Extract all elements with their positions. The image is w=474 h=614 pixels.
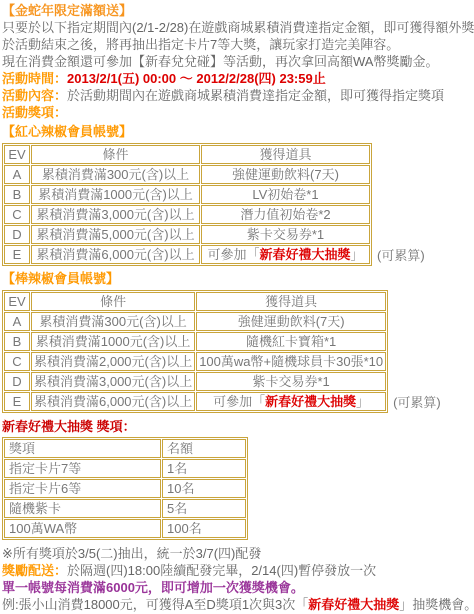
cell-quota: 10名: [162, 479, 246, 498]
cell-condition: 累積消費滿1000元(含)以上: [31, 332, 195, 351]
table-row: 指定卡片7等 1名: [4, 459, 246, 478]
header-reward: 獲得道具: [201, 145, 370, 164]
cell-ev: B: [4, 185, 30, 204]
red-chili-section-title: 【紅心辣椒會員帳號】: [2, 123, 474, 140]
bonus-note: 單一帳號每消費滿6000元，即可增加一次獲獎機會。: [2, 579, 474, 596]
table-row: C 累積消費滿2,000元(含)以上 100萬wa幣+隨機球員卡30張*10: [4, 352, 386, 371]
cell-reward-lottery: 可參加「新春好禮大抽獎」: [201, 245, 370, 264]
reward-suffix: 」: [351, 247, 364, 262]
event-prizes-label: 活動獎項：: [2, 104, 474, 121]
cell-condition: 累積消費滿3,000元(含)以上: [31, 372, 195, 391]
cell-condition: 累積消費滿2,000元(含)以上: [31, 352, 195, 371]
table-row: E 累積消費滿6,000元(含)以上 可參加「新春好禮大抽獎」: [4, 392, 386, 411]
cell-reward: LV初始卷*1: [201, 185, 370, 204]
cell-reward: 100萬wa幣+隨機球員卡30張*10: [196, 352, 386, 371]
event-content-label: 活動內容：: [2, 88, 67, 103]
table-row: 指定卡片6等 10名: [4, 479, 246, 498]
cell-reward: 潛力值初始卷*2: [201, 205, 370, 224]
reward-prefix: 可參加「: [207, 247, 259, 262]
cell-reward: 紫卡交易券*1: [201, 225, 370, 244]
cell-reward-lottery: 可參加「新春好禮大抽獎」: [196, 392, 386, 411]
cell-reward: 隨機紅卡寶箱*1: [196, 332, 386, 351]
header-condition: 條件: [31, 292, 195, 311]
cell-condition: 累積消費滿6,000元(含)以上: [31, 392, 195, 411]
cell-reward: 強健運動飲料(7天): [201, 165, 370, 184]
header-reward: 獲得道具: [196, 292, 386, 311]
cell-quota: 5名: [162, 499, 246, 518]
intro-line-1: 只要於以下指定期間內(2/1-2/28)在遊戲商城累積消費達指定金額，即可獲得額…: [2, 19, 474, 36]
table-row: 隨機紫卡 5名: [4, 499, 246, 518]
example-prefix: 例:張小山消費18000元，可獲得A至D獎項1次與3次「: [2, 597, 308, 612]
table-header-row: 獎項 名額: [4, 439, 246, 458]
cell-ev: E: [4, 245, 30, 264]
cell-condition: 累積消費滿300元(含)以上: [31, 165, 200, 184]
stick-chili-table-wrap: EV 條件 獲得道具 A 累積消費滿300元(含)以上 強健運動飲料(7天) B…: [2, 287, 474, 415]
table-row: D 累積消費滿3,000元(含)以上 紫卡交易券*1: [4, 372, 386, 391]
cell-condition: 累積消費滿6,000元(含)以上: [31, 245, 200, 264]
table-row: E 累積消費滿6,000元(含)以上 可參加「新春好禮大抽獎」: [4, 245, 370, 264]
cell-condition: 累積消費滿3,000元(含)以上: [31, 205, 200, 224]
header-ev: EV: [4, 292, 30, 311]
cell-quota: 100名: [162, 519, 246, 538]
reward-highlight: 新春好禮大抽獎: [265, 394, 356, 409]
event-time-value: 2013/2/1(五) 00:00 ～ 2012/2/28(四) 23:59止: [67, 71, 326, 86]
cell-prize: 100萬WA幣: [4, 519, 161, 538]
red-chili-table: EV 條件 獲得道具 A 累積消費滿300元(含)以上 強健運動飲料(7天) B…: [2, 143, 372, 266]
table-row: B 累積消費滿1000元(含)以上 LV初始卷*1: [4, 185, 370, 204]
draw-note: ※所有獎項於3/5(二)抽出，統一於3/7(四)配發: [2, 545, 474, 562]
cell-condition: 累積消費滿5,000元(含)以上: [31, 225, 200, 244]
cell-ev: C: [4, 205, 30, 224]
cell-ev: A: [4, 312, 30, 331]
table-row: A 累積消費滿300元(含)以上 強健運動飲料(7天): [4, 165, 370, 184]
cumulative-note: (可累算): [393, 394, 441, 411]
table-row: B 累積消費滿1000元(含)以上 隨機紅卡寶箱*1: [4, 332, 386, 351]
cell-condition: 累積消費滿1000元(含)以上: [31, 185, 200, 204]
cell-ev: D: [4, 225, 30, 244]
event-time-line: 活動時間：2013/2/1(五) 00:00 ～ 2012/2/28(四) 23…: [2, 70, 474, 87]
header-ev: EV: [4, 145, 30, 164]
table-header-row: EV 條件 獲得道具: [4, 145, 370, 164]
table-row: C 累積消費滿3,000元(含)以上 潛力值初始卷*2: [4, 205, 370, 224]
page-title: 【金蛇年限定滿額送】: [2, 2, 474, 19]
cell-reward: 紫卡交易券*1: [196, 372, 386, 391]
stick-chili-section-title: 【棒辣椒會員帳號】: [2, 270, 474, 287]
cell-ev: C: [4, 352, 30, 371]
cell-ev: E: [4, 392, 30, 411]
cell-ev: A: [4, 165, 30, 184]
cell-prize: 隨機紫卡: [4, 499, 161, 518]
event-time-label: 活動時間：: [2, 71, 67, 86]
reward-prefix: 可參加「: [213, 394, 265, 409]
cell-condition: 累積消費滿300元(含)以上: [31, 312, 195, 331]
cell-quota: 1名: [162, 459, 246, 478]
lottery-section-title: 新春好禮大抽獎 獎項：: [2, 418, 474, 435]
cell-prize: 指定卡片6等: [4, 479, 161, 498]
header-prize: 獎項: [4, 439, 161, 458]
cell-reward: 強健運動飲料(7天): [196, 312, 386, 331]
event-content-value: 於活動期間內在遊戲商城累積消費達指定金額，即可獲得指定獎項: [67, 88, 444, 103]
header-quota: 名額: [162, 439, 246, 458]
promo-notice-document: 【金蛇年限定滿額送】 只要於以下指定期間內(2/1-2/28)在遊戲商城累積消費…: [0, 0, 474, 614]
example-suffix: 」抽獎機會。: [399, 597, 474, 612]
intro-line-3: 現在消費金額還可參加【新春兌兌碰】等活動，再次拿回高額WA幣獎勵金。: [2, 53, 474, 70]
cell-ev: D: [4, 372, 30, 391]
table-row: D 累積消費滿5,000元(含)以上 紫卡交易券*1: [4, 225, 370, 244]
red-chili-table-wrap: EV 條件 獲得道具 A 累積消費滿300元(含)以上 強健運動飲料(7天) B…: [2, 140, 474, 268]
table-header-row: EV 條件 獲得道具: [4, 292, 386, 311]
intro-line-2: 於活動結束之後，將再抽出指定卡片7等大獎，讓玩家打造完美陣容。: [2, 36, 474, 53]
delivery-line: 獎勵配送：於隔週(四)18:00陸續配發完畢，2/14(四)暫停發放一次: [2, 562, 474, 579]
table-row: 100萬WA幣 100名: [4, 519, 246, 538]
example-highlight: 新春好禮大抽獎: [308, 597, 399, 612]
cell-prize: 指定卡片7等: [4, 459, 161, 478]
event-content-line: 活動內容：於活動期間內在遊戲商城累積消費達指定金額，即可獲得指定獎項: [2, 87, 474, 104]
table-row: A 累積消費滿300元(含)以上 強健運動飲料(7天): [4, 312, 386, 331]
cumulative-note: (可累算): [377, 247, 425, 264]
example-line: 例:張小山消費18000元，可獲得A至D獎項1次與3次「新春好禮大抽獎」抽獎機會…: [2, 596, 474, 613]
stick-chili-table: EV 條件 獲得道具 A 累積消費滿300元(含)以上 強健運動飲料(7天) B…: [2, 290, 388, 413]
lottery-table: 獎項 名額 指定卡片7等 1名 指定卡片6等 10名 隨機紫卡 5名 100萬W…: [2, 437, 248, 540]
cell-ev: B: [4, 332, 30, 351]
reward-highlight: 新春好禮大抽獎: [259, 247, 350, 262]
reward-suffix: 」: [356, 394, 369, 409]
header-condition: 條件: [31, 145, 200, 164]
delivery-label: 獎勵配送：: [2, 563, 67, 578]
delivery-value: 於隔週(四)18:00陸續配發完畢，2/14(四)暫停發放一次: [67, 563, 376, 578]
